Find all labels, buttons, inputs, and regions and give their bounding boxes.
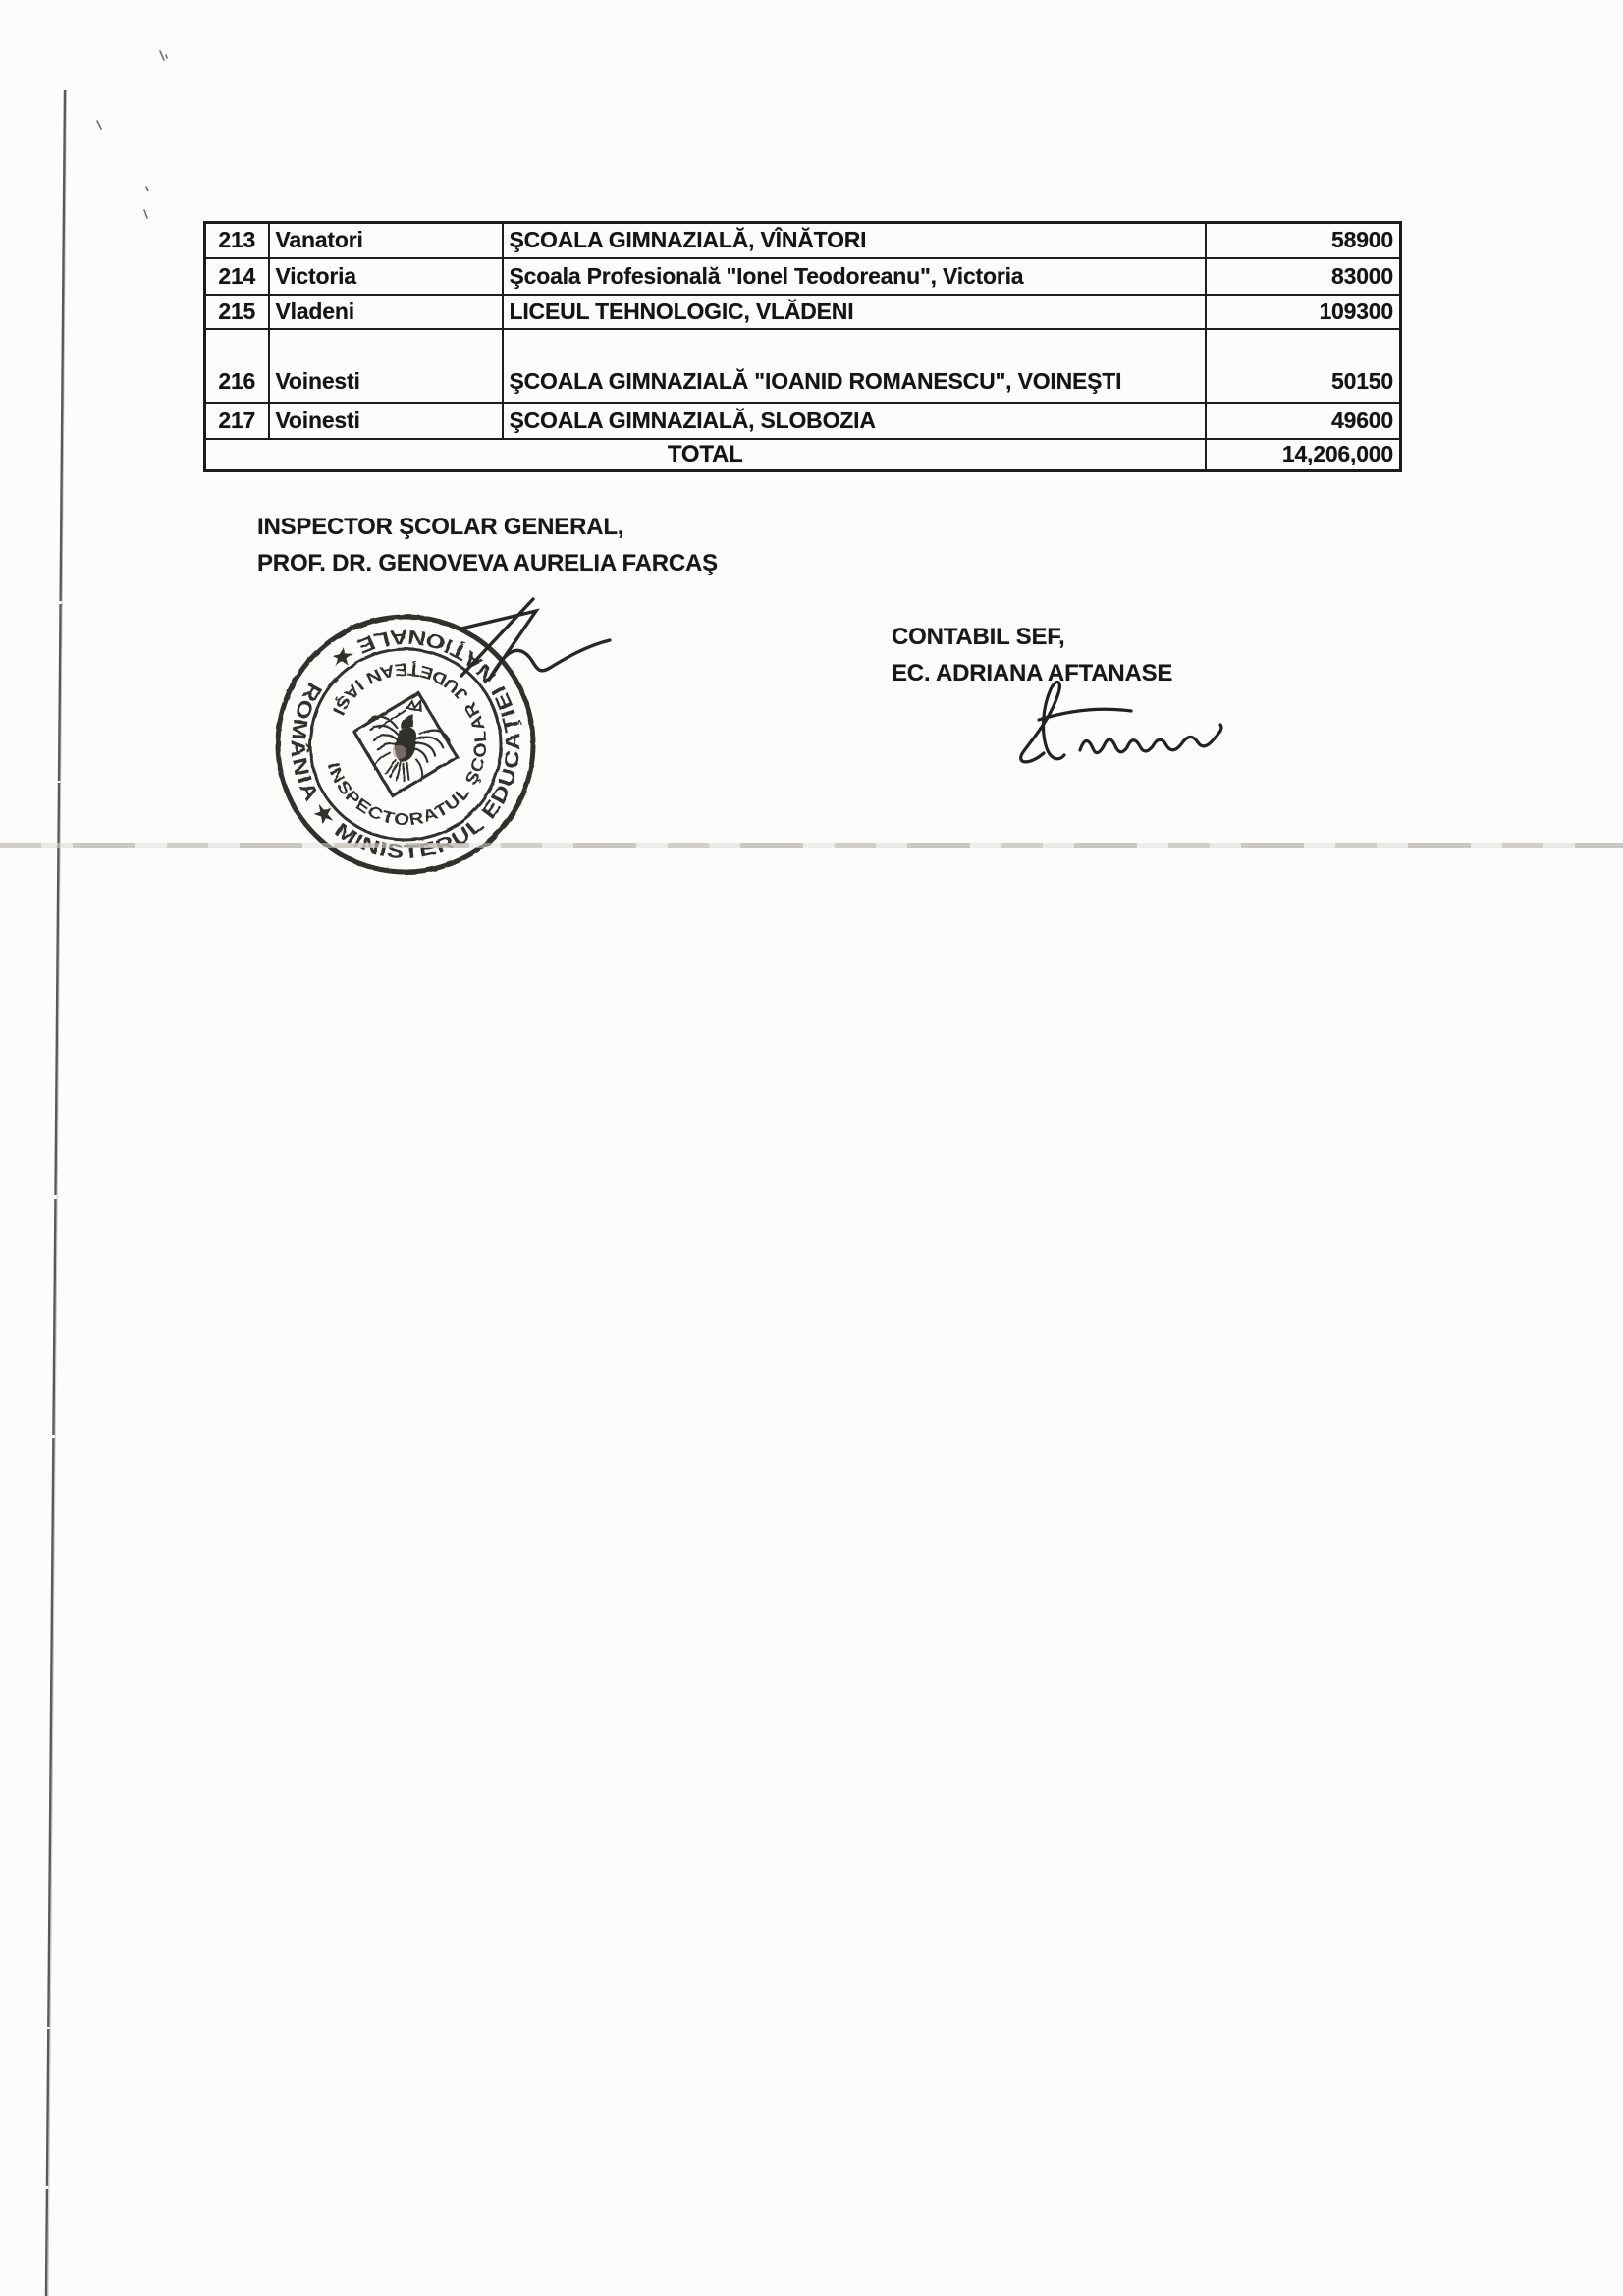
- aftanase-handwritten-signature: [992, 678, 1247, 786]
- scan-artifact-vertical-line: [46, 90, 65, 2296]
- stamp-ink-smudge: [393, 745, 406, 759]
- inspector-handwritten-signature: [432, 584, 648, 702]
- scan-artifact-vertical-line-echo: [48, 90, 67, 2296]
- scan-artifact-specks: [97, 51, 167, 218]
- scanned-document-page: 213 Vanatori ŞCOALA GIMNAZIALĂ, VÎNĂTORI…: [0, 0, 1623, 2296]
- scan-artifact-fold-line: [0, 843, 1623, 848]
- scan-artifacts: [0, 0, 1623, 2296]
